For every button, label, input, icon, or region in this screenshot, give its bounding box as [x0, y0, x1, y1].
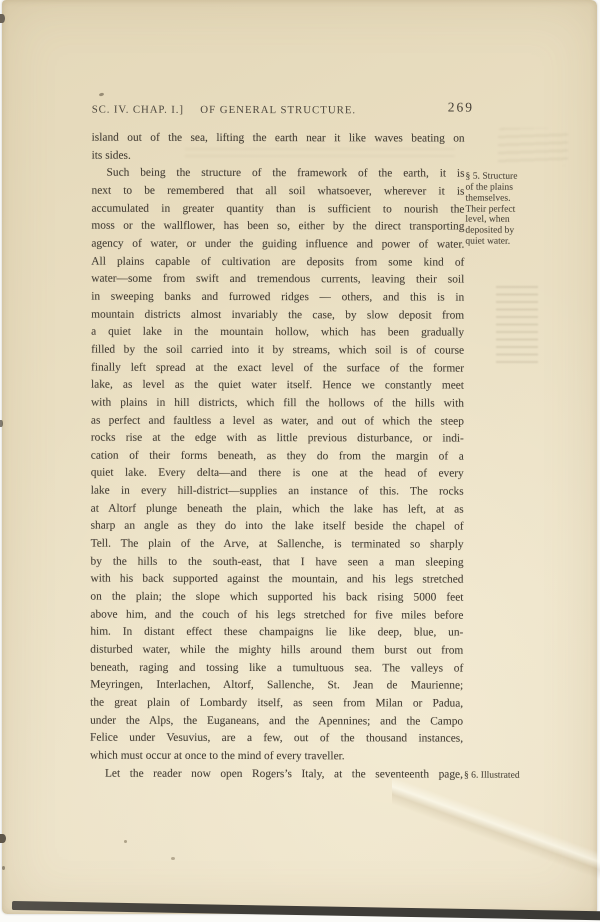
ink-bleed-through [185, 148, 455, 162]
text-line: which must occur at once to the mind of … [90, 748, 463, 767]
text-line: on the plain; the slope which supported … [90, 589, 463, 608]
paper-speck [2, 866, 5, 870]
text-line: Meyringen, Interlachen, Altorf, Sallench… [90, 677, 463, 696]
margin-note-line: quiet water. [465, 237, 545, 248]
body-text: island out of the sea, lifting the earth… [90, 130, 465, 784]
paper-speck [0, 14, 5, 23]
text-line: All plains capable of cultivation are de… [91, 253, 464, 272]
paper-speck [124, 840, 127, 843]
text-line: above him, and the couch of his legs str… [90, 606, 463, 625]
text-line: with plains in hill districts, which fil… [91, 394, 464, 413]
text-line: water—some from swift and tremendous cur… [91, 271, 464, 290]
paper-speck [0, 420, 3, 427]
ink-bleed-through [498, 128, 568, 166]
text-line: the great plain of Lombardy itself, as s… [90, 695, 463, 714]
text-line: accumulated in greater quantity than is … [91, 200, 464, 219]
text-line: Felice under Vesuvius, are a few, out of… [90, 730, 463, 749]
header-page-number: 269 [448, 100, 474, 116]
text-line: disturbed water, while the mighty hills … [90, 642, 463, 661]
paper-speck [171, 857, 175, 860]
text-line: with his back supported against the moun… [90, 571, 463, 590]
text-line: lake, as level as the quiet water itself… [91, 377, 464, 396]
text-line: rocks rise at the edge with as little pr… [91, 430, 464, 449]
text-line: next to be remembered that all soil what… [91, 183, 464, 202]
paper-crease [392, 766, 600, 888]
text-line: beneath, raging and tossing like a tumul… [90, 659, 463, 678]
text-line: island out of the sea, lifting the earth… [92, 130, 465, 149]
text-line: filled by the soil carried into it by st… [91, 341, 464, 360]
text-line: cation of their forms beneath, as they d… [91, 447, 464, 466]
text-line: lake in every hill-district—supplies an … [91, 483, 464, 502]
paper-speck [0, 834, 6, 843]
text-line: as perfect and faultless a level as wate… [91, 412, 464, 431]
text-line: by the hills to the south-east, that I h… [91, 553, 464, 572]
scanned-page: SC. IV. CHAP. I.] OF GENERAL STRUCTURE. … [0, 0, 600, 922]
text-line: quiet lake. Every delta—and there is one… [91, 465, 464, 484]
text-line: sharp an angle as they do into the lake … [91, 518, 464, 537]
text-line: him. In distant effect these champaigns … [90, 624, 463, 643]
text-line: in sweeping banks and furrowed ridges — … [91, 289, 464, 308]
text-line: agency of water, or under the guiding in… [91, 236, 464, 255]
header-title: OF GENERAL STRUCTURE. [92, 104, 465, 117]
text-line: under the Alps, the Euganeans, and the A… [90, 712, 463, 731]
text-line: Tell. The plain of the Arve, at Sallench… [91, 536, 464, 555]
text-line: mountain districts almost invariably the… [91, 306, 464, 325]
text-line: Such being the structure of the framewor… [92, 165, 465, 184]
margin-note-section-5: § 5. Structureof the plainsthemselves.Th… [465, 172, 545, 248]
ink-bleed-through [496, 286, 538, 366]
text-line: at Altorf plunge beneath the plain, whic… [91, 500, 464, 519]
text-line: moss or the wallflower, has been so, eit… [91, 218, 464, 237]
text-line: finally left spread at the exact level o… [91, 359, 464, 378]
text-line: a quiet lake in the mountain hollow, whi… [91, 324, 464, 343]
